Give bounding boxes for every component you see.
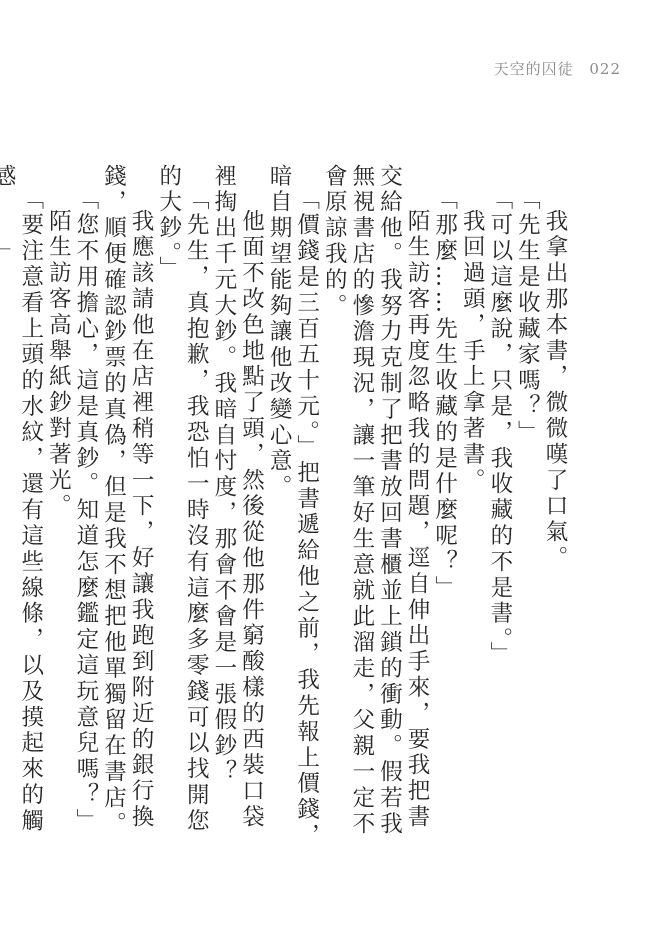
paragraph-narration: 我應該請他在店裡稍等一下，好讓我跑到附近的銀行換錢，順便確認鈔票的真偽，但是我不… xyxy=(99,164,154,854)
paragraph-dialog: 「價錢是三百五十元。」把書遞給他之前，我先報上價錢，暗自期望能夠讓他改變心意。 xyxy=(264,164,319,854)
paragraph-narration: 我拿出那本書，微微嘆了口氣。 xyxy=(540,164,568,854)
page-number: 022 xyxy=(589,60,621,78)
paragraph-dialog: 「要注意看上頭的水紋，還有這些線條，以及摸起來的觸感……」 xyxy=(0,164,44,854)
book-title: 天空的囚徒 xyxy=(494,60,574,78)
paragraph-dialog: 「可以這麼說，只是，我收藏的不是書。」 xyxy=(485,164,513,854)
paragraph-dialog: 「先生是收藏家嗎？」 xyxy=(513,164,541,854)
vertical-text-body: 我拿出那本書，微微嘆了口氣。 「先生是收藏家嗎？」 「可以這麼說，只是，我收藏的… xyxy=(0,164,568,854)
paragraph-narration: 陌生訪客再度忽略我的問題，逕自伸出手來，要我把書交給他。我努力克制了把書放回書櫃… xyxy=(320,164,430,854)
paragraph-dialog: 「先生，真抱歉，我恐怕一時沒有這麼多零錢可以找開您的大鈔。」 xyxy=(154,164,209,854)
paragraph-narration: 我回過頭，手上拿著書。 xyxy=(458,164,486,854)
paragraph-dialog: 「那麼……先生收藏的是什麼呢？」 xyxy=(430,164,458,854)
paragraph-narration: 陌生訪客高舉紙鈔對著光。 xyxy=(44,164,72,854)
paragraph-dialog: 「您不用擔心，這是真鈔。知道怎麼鑑定這玩意兒嗎？」 xyxy=(71,164,99,854)
running-header: 天空的囚徒 022 xyxy=(494,58,621,79)
paragraph-narration: 他面不改色地點了頭，然後從他那件窮酸樣的西裝口袋裡掏出千元大鈔。我暗自忖度，那會… xyxy=(209,164,264,854)
